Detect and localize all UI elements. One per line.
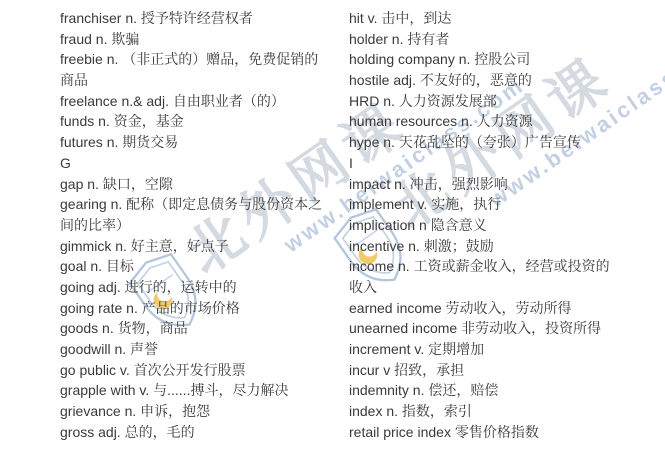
vocab-line: going rate n. 产品的市场价格 — [60, 298, 322, 319]
vocab-line: index n. 指数，索引 — [349, 401, 610, 422]
document-page: 北外网课 www.beiwaiclass.com 北外网课 www.beiwai… — [0, 0, 665, 455]
vocab-line: fraud n. 欺骗 — [60, 29, 322, 50]
vocab-line: goodwill n. 声誉 — [60, 339, 322, 360]
vocab-line: going adj. 进行的，运转中的 — [60, 277, 322, 298]
vocab-line: grievance n. 申诉，抱怨 — [60, 401, 322, 422]
vocab-line: holder n. 持有者 — [349, 29, 610, 50]
vocab-line: incentive n. 刺激；鼓励 — [349, 236, 610, 257]
vocab-line: goal n. 目标 — [60, 256, 322, 277]
vocab-column-left: franchiser n. 授予特许经营权者 fraud n. 欺骗 freeb… — [60, 8, 322, 442]
vocab-line: incur v 招致，承担 — [349, 360, 610, 381]
vocab-line: human resources n. 人力资源 — [349, 111, 610, 132]
vocab-line: retail price index 零售价格指数 — [349, 422, 610, 443]
vocab-line: hit v. 击中，到达 — [349, 8, 610, 29]
vocab-line: gearing n. 配称（即定息债务与股份资本之 — [60, 194, 322, 215]
vocab-line: goods n. 货物，商品 — [60, 318, 322, 339]
vocab-line: grapple with v. 与......搏斗，尽力解决 — [60, 380, 322, 401]
section-letter-g: G — [60, 153, 322, 174]
vocab-line: HRD n. 人力资源发展部 — [349, 91, 610, 112]
vocab-line-wrap: 间的比率） — [60, 215, 322, 236]
vocab-line: income n. 工资或薪金收入，经营或投资的 — [349, 256, 610, 277]
vocab-line: funds n. 资金，基金 — [60, 111, 322, 132]
vocab-column-right: hit v. 击中，到达 holder n. 持有者 holding compa… — [349, 8, 610, 442]
vocab-line-wrap: 收入 — [349, 277, 610, 298]
vocab-line: franchiser n. 授予特许经营权者 — [60, 8, 322, 29]
vocab-line: hype n. 天花乱坠的（夸张）广告宣传 — [349, 132, 610, 153]
vocab-line: freebie n. （非正式的）赠品，免费促销的 — [60, 49, 322, 70]
vocab-line: increment v. 定期增加 — [349, 339, 610, 360]
vocab-line: gimmick n. 好主意，好点子 — [60, 236, 322, 257]
vocab-line: implication n 隐含意义 — [349, 215, 610, 236]
vocab-line: implement v. 实施，执行 — [349, 194, 610, 215]
vocab-line: freelance n.& adj. 自由职业者（的） — [60, 91, 322, 112]
vocab-line: hostile adj. 不友好的，恶意的 — [349, 70, 610, 91]
section-letter-i: I — [349, 153, 610, 174]
vocab-line: gross adj. 总的，毛的 — [60, 422, 322, 443]
vocab-line: indemnity n. 偿还，赔偿 — [349, 380, 610, 401]
vocab-line: futures n. 期货交易 — [60, 132, 322, 153]
vocab-line: holding company n. 控股公司 — [349, 49, 610, 70]
vocab-line: go public v. 首次公开发行股票 — [60, 360, 322, 381]
vocab-line: earned income 劳动收入，劳动所得 — [349, 298, 610, 319]
vocab-line: unearned income 非劳动收入，投资所得 — [349, 318, 610, 339]
vocab-line: impact n. 冲击，强烈影响 — [349, 174, 610, 195]
vocab-line-wrap: 商品 — [60, 70, 322, 91]
vocab-line: gap n. 缺口，空隙 — [60, 174, 322, 195]
